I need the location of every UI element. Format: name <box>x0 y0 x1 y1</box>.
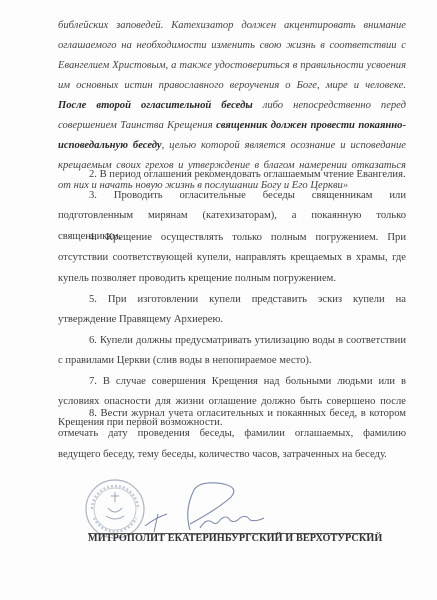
seal-stamp-icon <box>84 478 146 540</box>
item-8: 8. Вести журнал учета огласительных и по… <box>58 404 406 465</box>
intro-text-1: библейских заповедей. Катехизатор должен… <box>58 20 406 91</box>
item-6: 6. Купели должны предусматривать утилиза… <box>58 331 406 372</box>
item-4: 4. Крещение осуществлять только полным п… <box>58 228 406 289</box>
item-2: 2. В период оглашения рекомендовать огла… <box>58 165 406 185</box>
item-5: 5. При изготовлении купели представить э… <box>58 290 406 331</box>
signatory-title: МИТРОПОЛИТ ЕКАТЕРИНБУРГСКИЙ И ВЕРХОТУРСК… <box>88 533 382 544</box>
handwritten-signature-icon <box>140 478 340 538</box>
intro-bold-1: После второй огласительной беседы <box>58 100 253 111</box>
document-page: библейских заповедей. Катехизатор должен… <box>0 0 437 600</box>
